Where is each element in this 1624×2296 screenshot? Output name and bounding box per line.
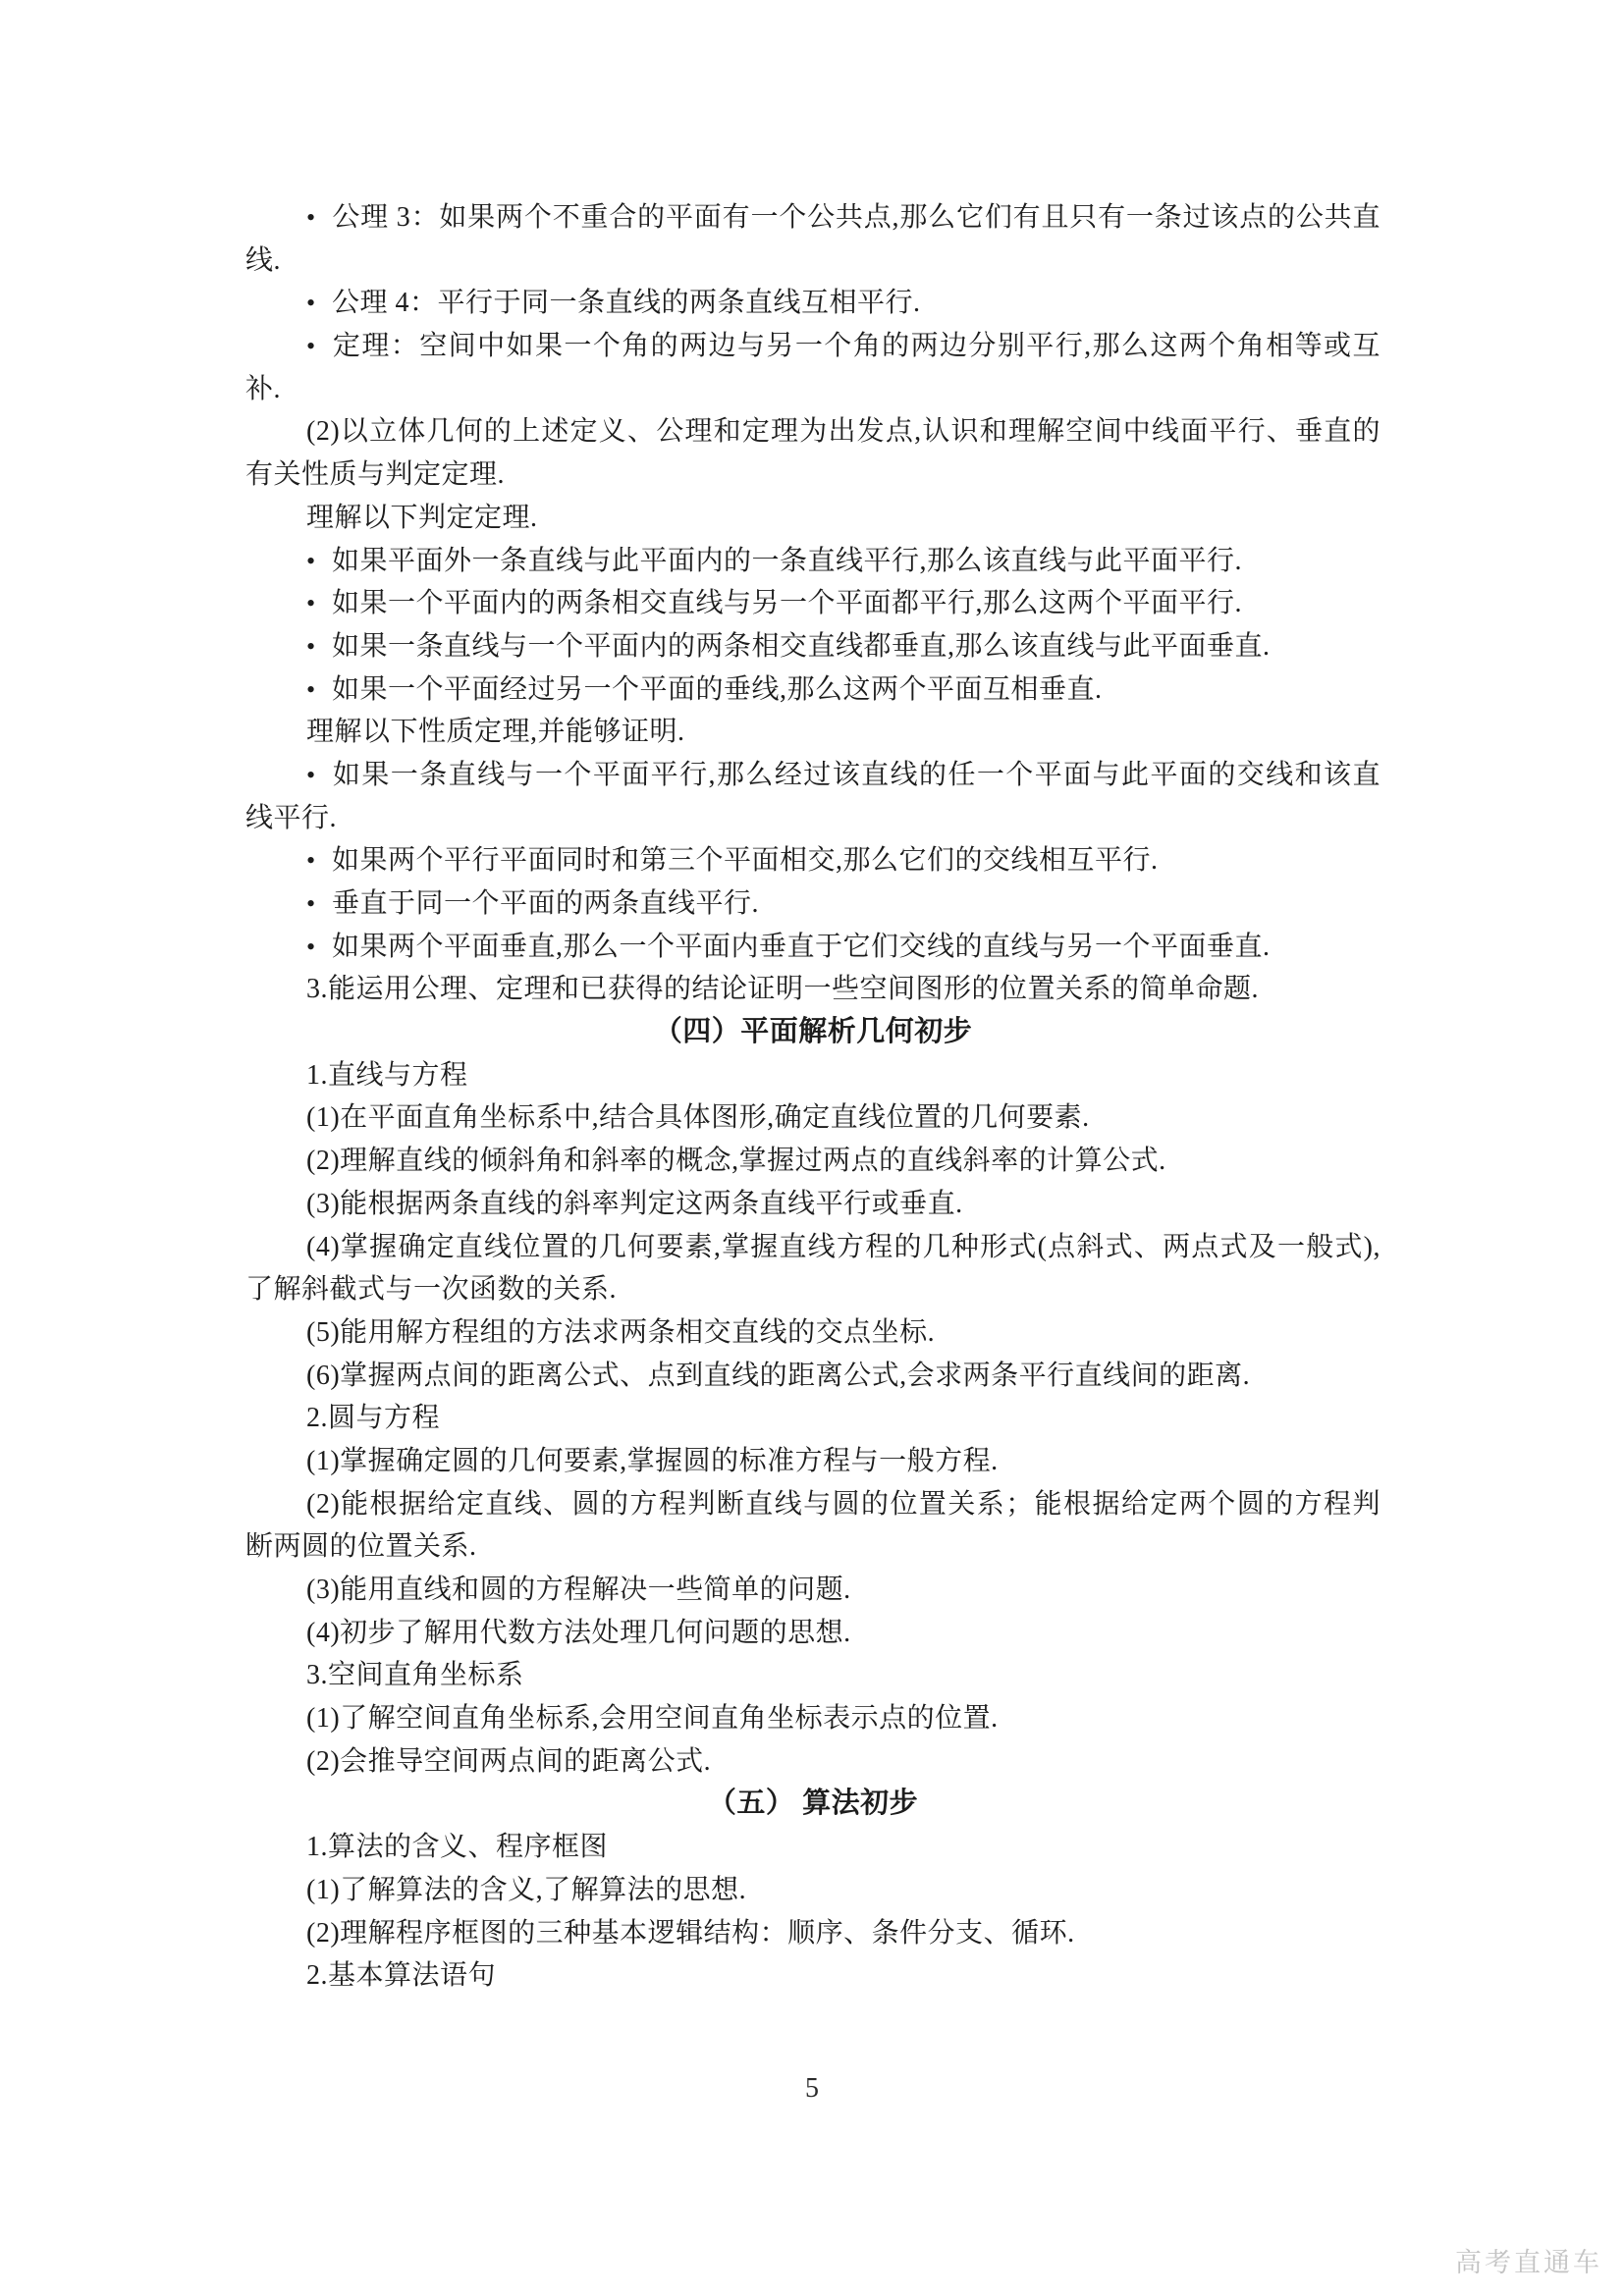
text-line: •如果一条直线与一个平面平行,那么经过该直线的任一个平面与此平面的交线和该直: [245, 754, 1380, 797]
text-line: (2)能根据给定直线、圆的方程判断直线与圆的位置关系；能根据给定两个圆的方程判: [245, 1483, 1380, 1526]
text-line: (4)掌握确定直线位置的几何要素,掌握直线方程的几种形式(点斜式、两点式及一般式…: [245, 1226, 1380, 1269]
text-line-text: 如果两个平行平面同时和第三个平面相交,那么它们的交线相互平行.: [332, 845, 1159, 876]
text-line: 1.算法的含义、程序框图: [245, 1826, 1380, 1869]
text-line: (1)了解空间直角坐标系,会用空间直角坐标表示点的位置.: [245, 1697, 1380, 1740]
text-line: (3)能根据两条直线的斜率判定这两条直线平行或垂直.: [245, 1183, 1380, 1226]
text-line-text: 如果一个平面内的两条相交直线与另一个平面都平行,那么这两个平面平行.: [332, 588, 1242, 618]
text-line-text: 如果一个平面经过另一个平面的垂线,那么这两个平面互相垂直.: [332, 674, 1103, 705]
bullet-icon: •: [306, 582, 332, 625]
text-line-text: 如果一条直线与一个平面内的两条相交直线都垂直,那么该直线与此平面垂直.: [332, 631, 1271, 662]
bullet-icon: •: [306, 540, 332, 583]
text-line: •如果两个平面垂直,那么一个平面内垂直于它们交线的直线与另一个平面垂直.: [245, 926, 1380, 969]
bullet-icon: •: [306, 882, 332, 926]
text-line: •如果一条直线与一个平面内的两条相交直线都垂直,那么该直线与此平面垂直.: [245, 625, 1380, 668]
text-line: 了解斜截式与一次函数的关系.: [245, 1268, 1380, 1311]
bullet-icon: •: [306, 754, 332, 797]
text-line: 理解以下判定定理.: [245, 497, 1380, 540]
text-line: •如果两个平行平面同时和第三个平面相交,那么它们的交线相互平行.: [245, 839, 1380, 882]
text-line: 3.空间直角坐标系: [245, 1654, 1380, 1697]
bullet-icon: •: [306, 196, 332, 240]
text-line: •公理 3：如果两个不重合的平面有一个公共点,那么它们有且只有一条过该点的公共直: [245, 196, 1380, 240]
text-line: (1)掌握确定圆的几何要素,掌握圆的标准方程与一般方程.: [245, 1440, 1380, 1483]
bullet-icon: •: [306, 625, 332, 668]
page-number: 5: [0, 2073, 1624, 2105]
text-line-text: 如果一条直线与一个平面平行,那么经过该直线的任一个平面与此平面的交线和该直: [332, 760, 1380, 790]
text-line: (1)在平面直角坐标系中,结合具体图形,确定直线位置的几何要素.: [245, 1096, 1380, 1140]
text-line: (4)初步了解用代数方法处理几何问题的思想.: [245, 1612, 1380, 1655]
text-line: 1.直线与方程: [245, 1054, 1380, 1097]
text-line: (2)理解直线的倾斜角和斜率的概念,掌握过两点的直线斜率的计算公式.: [245, 1140, 1380, 1183]
text-line: (6)掌握两点间的距离公式、点到直线的距离公式,会求两条平行直线间的距离.: [245, 1355, 1380, 1398]
text-line: 3.能运用公理、定理和已获得的结论证明一些空间图形的位置关系的简单命题.: [245, 968, 1380, 1011]
text-line-text: 定理：空间中如果一个角的两边与另一个角的两边分别平行,那么这两个角相等或互: [332, 331, 1380, 361]
text-line-text: 如果平面外一条直线与此平面内的一条直线平行,那么该直线与此平面平行.: [332, 546, 1242, 576]
text-line: (5)能用解方程组的方法求两条相交直线的交点坐标.: [245, 1311, 1380, 1355]
document-page: •公理 3：如果两个不重合的平面有一个公共点,那么它们有且只有一条过该点的公共直…: [0, 0, 1624, 2296]
text-line-text: 公理 3：如果两个不重合的平面有一个公共点,那么它们有且只有一条过该点的公共直: [332, 202, 1380, 233]
section-heading: （五） 算法初步: [245, 1783, 1380, 1826]
watermark: 高考直通车: [1455, 2241, 1602, 2279]
text-line: 断两圆的位置关系.: [245, 1525, 1380, 1569]
bullet-icon: •: [306, 325, 332, 368]
text-line: 补.: [245, 368, 1380, 411]
text-line: 有关性质与判定定理.: [245, 454, 1380, 497]
text-line: 2.圆与方程: [245, 1397, 1380, 1440]
text-line: 2.基本算法语句: [245, 1954, 1380, 1998]
text-line: •公理 4：平行于同一条直线的两条直线互相平行.: [245, 282, 1380, 325]
text-line: 线平行.: [245, 797, 1380, 840]
bullet-icon: •: [306, 282, 332, 325]
text-line: •定理：空间中如果一个角的两边与另一个角的两边分别平行,那么这两个角相等或互: [245, 325, 1380, 368]
text-line-text: 垂直于同一个平面的两条直线平行.: [332, 888, 759, 919]
text-line-text: 如果两个平面垂直,那么一个平面内垂直于它们交线的直线与另一个平面垂直.: [332, 932, 1271, 962]
bullet-icon: •: [306, 839, 332, 882]
text-line: •如果一个平面经过另一个平面的垂线,那么这两个平面互相垂直.: [245, 668, 1380, 712]
bullet-icon: •: [306, 668, 332, 712]
text-line: •垂直于同一个平面的两条直线平行.: [245, 882, 1380, 926]
text-line: (2)以立体几何的上述定义、公理和定理为出发点,认识和理解空间中线面平行、垂直的: [245, 410, 1380, 454]
text-line: (2)会推导空间两点间的距离公式.: [245, 1740, 1380, 1784]
text-line: •如果平面外一条直线与此平面内的一条直线平行,那么该直线与此平面平行.: [245, 540, 1380, 583]
document-content: •公理 3：如果两个不重合的平面有一个公共点,那么它们有且只有一条过该点的公共直…: [245, 196, 1380, 1998]
text-line-text: 公理 4：平行于同一条直线的两条直线互相平行.: [332, 288, 921, 318]
text-line: •如果一个平面内的两条相交直线与另一个平面都平行,那么这两个平面平行.: [245, 582, 1380, 625]
text-line: (3)能用直线和圆的方程解决一些简单的问题.: [245, 1569, 1380, 1612]
section-heading: （四）平面解析几何初步: [245, 1011, 1380, 1054]
text-line: 理解以下性质定理,并能够证明.: [245, 711, 1380, 754]
text-line: (1)了解算法的含义,了解算法的思想.: [245, 1869, 1380, 1912]
bullet-icon: •: [306, 926, 332, 969]
text-line: 线.: [245, 240, 1380, 283]
text-line: (2)理解程序框图的三种基本逻辑结构：顺序、条件分支、循环.: [245, 1912, 1380, 1955]
